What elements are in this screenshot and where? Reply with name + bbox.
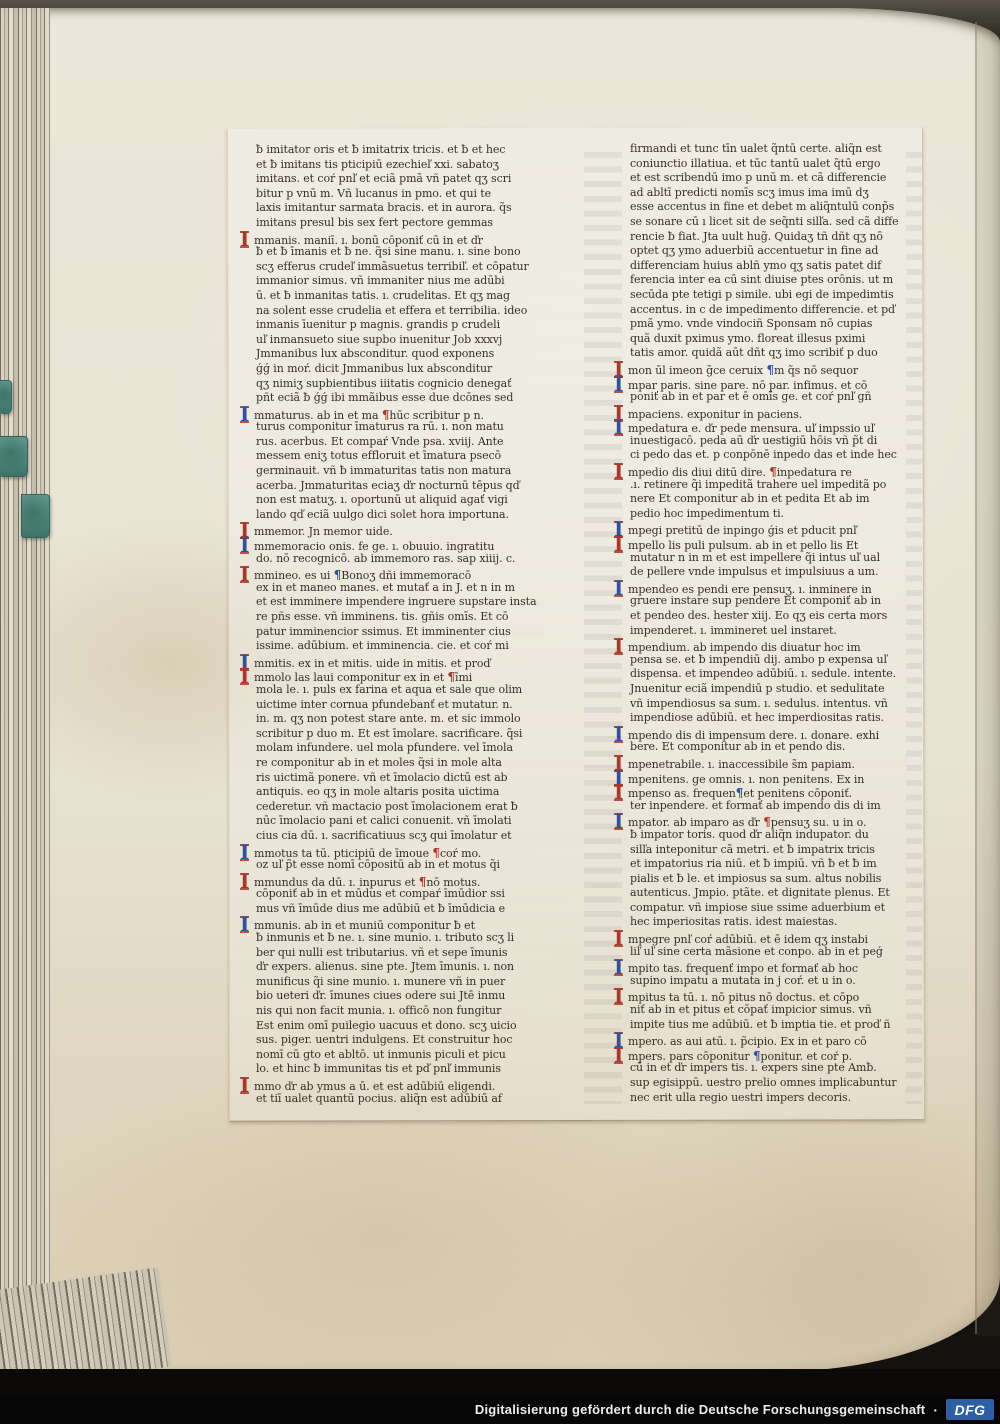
text-line: gruere instare sup pendere Et componiť a… — [630, 594, 914, 609]
illuminated-initial: I — [240, 668, 249, 685]
text-line: et est scribendū imo p unū m. et cã diff… — [630, 171, 914, 186]
text-line: hec imperiositas ratis. idest maiestas. — [630, 915, 914, 930]
text-line: cius cia dū. ı. sacrificatiuus scʒ qui ī… — [256, 829, 586, 844]
text-line: Immineo. es ui ¶Bonoʒ dñi immemoracō — [256, 566, 586, 581]
text-line: Immotus ta tū. pticipiū de īmoue ¶coŕ mo… — [256, 844, 586, 859]
text-line: nec erit ulla regio uestri impers decori… — [630, 1091, 914, 1106]
text-line: Impello lis puli pulsum. ab in et pello … — [630, 536, 914, 551]
text-line: et est imminere impendere ingruere supst… — [256, 595, 586, 610]
text-line: antiquis. eo qʒ in mole altaris posita u… — [256, 785, 586, 800]
page-edges-stack — [0, 8, 50, 1298]
text-line: cū in et ďr impers tis. ı. expers sine p… — [630, 1061, 914, 1076]
dfg-logo: DFG — [946, 1399, 994, 1420]
text-line: Impendo dis di impensum dere. ı. donare.… — [630, 726, 914, 741]
text-line: Est enim omī puilegio uacuus et dono. sc… — [256, 1019, 586, 1034]
text-line: bere. Et componitur ab in et pendo dis. — [630, 740, 914, 755]
text-line: Immemor. Jn memor uide. — [256, 522, 586, 537]
text-line: Immolo las laui componitur ex in et ¶īmi — [256, 668, 586, 683]
text-line: Impator. ab imparo as ďr ¶pensuʒ su. u i… — [630, 813, 914, 828]
book-scan: ƀ imitator oris et ƀ imitatrix tricis. e… — [0, 0, 1000, 1424]
text-line: tatis amor. quidã aūt dñt qʒ imo scribiť… — [630, 346, 914, 361]
text-line: germinauit. vñ ƀ immaturitas tatis non m… — [256, 464, 586, 479]
text-line: et impatorius ria niū. et ƀ impiū. vñ ƀ … — [630, 857, 914, 872]
text-line: compatur. vñ impiose siue ssime aduerbiu… — [630, 901, 914, 916]
text-line: ƀ imitator oris et ƀ imitatrix tricis. e… — [256, 143, 586, 158]
text-line: molam infundere. uel mola pfundere. vel … — [256, 741, 586, 756]
text-line: .ı. retinere q̃i impeditã trahere uel im… — [630, 478, 914, 493]
text-line: bio ueteri ďr. īmunes ciues odere sui Jt… — [256, 989, 586, 1004]
illuminated-initial: I — [614, 463, 623, 480]
text-line: Impaciens. exponitur in paciens. — [630, 405, 914, 420]
text-line: et ƀ imitans tis pticipiū ezechieľ xxi. … — [256, 158, 586, 173]
text-line: re componitur ab in et moles q̃si in mol… — [256, 756, 586, 771]
text-line: Impar paris. sine pare. nō par. infimus.… — [630, 376, 914, 391]
text-line: dispensa. et impendeo adūbiū. ı. sedule.… — [630, 667, 914, 682]
text-line: Imon ūl imeon g̃ce ceruix ¶m q̃s nō sequ… — [630, 361, 914, 376]
text-line: sup egisippū. uestro prelio omnes implic… — [630, 1076, 914, 1091]
text-line: Impenetrabile. ı. inaccessibile s̃m papi… — [630, 755, 914, 770]
text-line: Impero. as aui atū. ı. p̃cipio. Ex in et… — [630, 1032, 914, 1047]
text-line: Impedatura e. ďr pede mensura. uľ impssi… — [630, 419, 914, 434]
text-line: non est matuʒ. ı. oportunū ut aliquid ag… — [256, 493, 586, 508]
text-line: Immunis. ab in et muniū componitur ƀ et — [256, 916, 586, 931]
illuminated-initial: I — [614, 536, 623, 553]
footer-credit-text: Digitalisierung gefördert durch die Deut… — [475, 1402, 925, 1417]
text-line: imitans presul bis sex fert pectore gemm… — [256, 216, 586, 231]
text-line: supino impatu a mutata in j coŕ. et u in… — [630, 974, 914, 989]
dfg-footer: Digitalisierung gefördert durch die Deut… — [0, 1395, 1000, 1424]
text-column-right: firmandi et tunc tīn ualet q̃ntū certe. … — [630, 142, 914, 1105]
text-line: lando qď eciã uulgo dici solet hora impo… — [256, 508, 586, 523]
capitulum-mark: ¶ — [766, 363, 774, 377]
illuminated-initial: I — [240, 231, 249, 248]
text-line: coniunctio illatiua. et tūc tantū ualet … — [630, 157, 914, 172]
illuminated-initial: I — [240, 566, 249, 583]
text-line: ďr expers. alienus. sine pte. Jtem īmuni… — [256, 960, 586, 975]
text-line: poniť ab in et par et ē omīs ge. et coŕ … — [630, 390, 914, 405]
text-line: Impenso as. frequen¶et penitens cōponiť. — [630, 784, 914, 799]
gutter-shade — [977, 20, 1000, 1336]
text-line: pialis et ƀ le. et impiosus sa sum. altu… — [630, 872, 914, 887]
text-line: Impegre pnľ coŕ adūbiū. et ē idem qʒ ins… — [630, 930, 914, 945]
text-line: Jmmanibus lux absconditur. quod exponens — [256, 347, 586, 362]
text-line: impite tius me adūbiū. et ƀ imptia tie. … — [630, 1018, 914, 1033]
text-line: niť ab in et pitus et cōpať impicior sim… — [630, 1003, 914, 1018]
text-line: acerba. Jmmaturitas eciaʒ ďr nocturnū tē… — [256, 479, 586, 494]
text-line: Immo ďr ab ymus a ū. et est adūbiū elige… — [256, 1077, 586, 1092]
text-line: nomī cū gto et abltō. ut inmunis piculi … — [256, 1048, 586, 1063]
text-line: ƀ impator toris. quod ďr aliq̃n indupato… — [630, 828, 914, 843]
text-line: firmandi et tunc tīn ualet q̃ntū certe. … — [630, 142, 914, 157]
text-line: Impedio dis diui ditū dire. ¶inpedatura … — [630, 463, 914, 478]
text-line: mus vñ īmūde dius me adūbiū et ƀ īmūdici… — [256, 902, 586, 917]
text-line: vñ impendiosus sa sum. ı. sedulus. inten… — [630, 697, 914, 712]
text-line: Impenitens. ge omnis. ı. non penitens. E… — [630, 770, 914, 785]
text-line: laxis imitantur sarmata bracis. et in au… — [256, 201, 586, 216]
capitulum-mark: ¶ — [769, 465, 777, 479]
text-line: Impendeo es pendi ere pensuʒ. ı. inminer… — [630, 580, 914, 595]
text-line: nis qui non facit munia. ı. officō non f… — [256, 1004, 586, 1019]
text-line: ƀ et ƀ īmanis et ƀ ne. q̃si sine manu. ı… — [256, 245, 586, 260]
illuminated-initial: I — [614, 813, 623, 830]
text-line: Impers. pars cōponitur ¶ponitur. et coŕ … — [630, 1047, 914, 1062]
text-line: Immitis. ex in et mitis. uide in mitis. … — [256, 654, 586, 669]
text-line: ci pedo das et. p conpōnē inpedo das et … — [630, 448, 914, 463]
illuminated-initial: I — [614, 930, 623, 947]
bookmark-tab — [0, 380, 12, 414]
bookmark-tab — [0, 436, 28, 477]
text-line: issime. adūbium. et imminencia. cie. et … — [256, 639, 586, 654]
text-line: messem eniʒ totus effloruit et īmatura p… — [256, 449, 586, 464]
text-line: liľ uľ sine certa mãsione et conpo. ab i… — [630, 945, 914, 960]
text-line: mola le. ı. puls ex farina et aqua et sa… — [256, 683, 586, 698]
illuminated-initial: I — [614, 784, 623, 801]
text-line: ad abltī predicti nomīs scʒ imus ima imū… — [630, 186, 914, 201]
text-line: uictime inter cornua pfundebanť et mutat… — [256, 698, 586, 713]
text-line: et tiī ualet quantū pocius. aliq̃n est a… — [256, 1092, 586, 1107]
text-line: rus. acerbus. Et compaŕ Vnde psa. xviij.… — [256, 435, 586, 450]
illuminated-initial: I — [240, 844, 249, 861]
text-line: inmanis īuenitur p magnis. grandis p cru… — [256, 318, 586, 333]
text-line: bitur p vnū m. Vñ lucanus in pmo. et qui… — [256, 187, 586, 202]
text-line: esse accentus in fine et debet m aliq̃nt… — [630, 200, 914, 215]
text-line: ū. et ƀ inmanitas tatis. ı. crudelitas. … — [256, 289, 586, 304]
bookmark-tab — [21, 494, 50, 538]
text-line: nere Et componitur ab in et pedita Et ab… — [630, 492, 914, 507]
text-line: differenciam huius ablñ ymo qʒ satis pat… — [630, 259, 914, 274]
text-line: secūda pte tetigi p simile. ubi egi de i… — [630, 288, 914, 303]
text-line: pedio hoc impedimentum ti. — [630, 507, 914, 522]
text-line: ferencia inter ea cū sint diuise ptes or… — [630, 273, 914, 288]
text-line: mutatur n in m et est impellere q̃i intu… — [630, 551, 914, 566]
text-line: pñt eciã ƀ ǵǵ ibi mmãibus esse due dcōne… — [256, 391, 586, 406]
text-line: Impito tas. frequenť impo et formať ab h… — [630, 959, 914, 974]
text-line: turus componitur īmaturus ra rū. ı. non … — [256, 420, 586, 435]
text-line: Immanis. maniī. ı. bonū cōponiť cū in et… — [256, 231, 586, 246]
text-column-left: ƀ imitator oris et ƀ imitatrix tricis. e… — [256, 143, 586, 1106]
text-line: immanior simus. vñ immaniter nius me adū… — [256, 274, 586, 289]
text-line: Immemoracio onis. fe ge. ı. obuuio. ingr… — [256, 537, 586, 552]
illuminated-initial: I — [240, 873, 249, 890]
illuminated-initial: I — [614, 580, 623, 597]
text-line: accentus. in c de impedimento differenci… — [630, 303, 914, 318]
text-line: Impegi pretitū de inpingo ǵis et pducit … — [630, 521, 914, 536]
text-line: et pendeo des. hester xiij. Eo qʒ eis ce… — [630, 609, 914, 624]
text-line: inuestigacō. peda aū ďr uestigiū hōis vñ… — [630, 434, 914, 449]
text-line: pensa se. et ƀ impendiū dij. ambo p expe… — [630, 653, 914, 668]
text-line: do. nō recognicō. ab immemoro ras. sap x… — [256, 552, 586, 567]
illuminated-initial: I — [240, 1077, 249, 1094]
text-line: quã duxit pximus ymo. floreat illesus px… — [630, 332, 914, 347]
illuminated-initial: I — [614, 1047, 623, 1064]
text-line: ǵǵ in moŕ. dicit Jmmanibus lux abscondit… — [256, 362, 586, 377]
text-line: patur imminencior ssimus. Et imminenter … — [256, 625, 586, 640]
text-line: lo. et hinc ƀ immunitas tis et pď pnľ im… — [256, 1062, 586, 1077]
illuminated-initial: I — [614, 959, 623, 976]
text-line: scribitur p duo m. Et est īmolare. sacri… — [256, 727, 586, 742]
text-line: ter inpendere. et formať ab impendo dis … — [630, 799, 914, 814]
illuminated-initial: I — [240, 916, 249, 933]
text-line: impenderet. ı. immineret uel instaret. — [630, 624, 914, 639]
text-line: oz uľ p̃t esse nomī cōpositū ab in et mo… — [256, 858, 586, 873]
footer-separator: · — [933, 1402, 938, 1418]
text-line: pmã ymo. vnde vindociñ Sponsam nō cupias — [630, 317, 914, 332]
text-line: ex in et maneo manes. et mutať a in J. e… — [256, 581, 586, 596]
illuminated-initial: I — [240, 537, 249, 554]
text-line: Jnuenitur eciã impendiū p studio. et sed… — [630, 682, 914, 697]
text-line: Immaturus. ab in et ma ¶hūc scribitur p … — [256, 406, 586, 421]
text-line: imitans. et coŕ pnľ et eciã pmã vñ patet… — [256, 172, 586, 187]
text-line: nūc īmolacio pani et calici conuenit. vñ… — [256, 814, 586, 829]
text-line: Immundus da dū. ı. inpurus et ¶nō motus. — [256, 873, 586, 888]
text-line: cederetur. vñ mactacio post īmolacionem … — [256, 800, 586, 815]
text-line: na solent esse crudelia et effera et ter… — [256, 304, 586, 319]
text-line: munificus q̃i sine munio. ı. munere vñ i… — [256, 975, 586, 990]
text-line: scʒ efferus crudeľ immãsuetus terribiľ. … — [256, 260, 586, 275]
text-line: uľ inmansueto siue supbo inuenitur Job x… — [256, 333, 586, 348]
text-line: ris uictimã ponere. vñ et īmolacio dictū… — [256, 771, 586, 786]
text-line: silľa inteponitur cã metri. et ƀ impatri… — [630, 843, 914, 858]
text-line: de pellere vnde impulsus et impulsiuus a… — [630, 565, 914, 580]
text-line: ber qui nulli est tributarius. vñ et sep… — [256, 946, 586, 961]
text-line: Impitus ta tū. ı. nō pitus nō doctus. et… — [630, 988, 914, 1003]
illuminated-initial: I — [614, 419, 623, 436]
text-line: re pñs esse. vñ imminens. tis. gñis omīs… — [256, 610, 586, 625]
text-line: sus. piger. uentri indulgens. Et constru… — [256, 1033, 586, 1048]
text-line: autenticus. Jmpio. ptãte. et dignitate p… — [630, 886, 914, 901]
text-line: Impendium. ab impendo dis diuatur hoc im — [630, 638, 914, 653]
text-line: rencie ƀ fiat. Jta uult hug̃. Quidaʒ tñ … — [630, 230, 914, 245]
illuminated-initial: I — [240, 406, 249, 423]
illuminated-initial: I — [614, 376, 623, 393]
text-line: se sonare cū ı licet sit de seq̃nti silľ… — [630, 215, 914, 230]
illuminated-initial: I — [614, 988, 623, 1005]
text-line: cōponiť ab in et mūdus et compaŕ īmūdior… — [256, 887, 586, 902]
illuminated-initial: I — [614, 726, 623, 743]
text-line: qʒ nimiʒ supbientibus iiitatis cognicio … — [256, 377, 586, 392]
illuminated-initial: I — [614, 638, 623, 655]
text-line: in. m. qʒ non potest stare ante. m. et s… — [256, 712, 586, 727]
text-line: optet qʒ ymo aduerbiū accentuetur in fin… — [630, 244, 914, 259]
text-line: impendiose adūbiū. et hec imperdiositas … — [630, 711, 914, 726]
text-line: ƀ inmunis et ƀ ne. ı. sine munio. ı. tri… — [256, 931, 586, 946]
